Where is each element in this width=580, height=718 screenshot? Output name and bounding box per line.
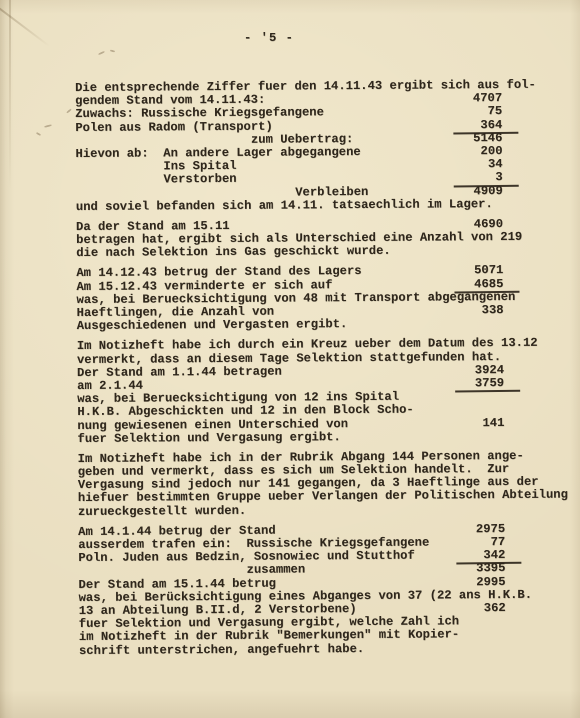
paragraph: Am 14.12.43 betrug der Stand des Lagers5… — [76, 264, 568, 333]
pencil-mark — [36, 132, 41, 136]
line-text: die nach Selektion ins Gas geschickt wur… — [76, 244, 391, 260]
tally-number: 3 — [436, 171, 503, 185]
paper-crease — [9, 0, 11, 190]
scanned-page: - '5 - Die entsprechende Ziffer fuer den… — [0, 0, 580, 718]
line-text: Ausgeschiedenen und Vergasten ergibt. — [77, 317, 348, 333]
paragraph: Im Notizheft habe ich in der Rubrik Abga… — [78, 449, 570, 518]
pencil-mark — [44, 124, 52, 128]
text-line: die nach Selektion ins Gas geschickt wur… — [76, 244, 568, 261]
pencil-mark — [66, 108, 72, 113]
line-text: Der Stand am 1.1.44 betragen — [77, 364, 282, 379]
tally-number: 3395 — [438, 562, 505, 576]
line-text: schrift unterstrichen, angefuehrt habe. — [79, 641, 364, 657]
page-number: - '5 - — [244, 31, 294, 45]
paragraph: Am 14.1.44 betrug der Stand2975ausserdem… — [78, 522, 571, 657]
line-text: zurueckgestellt wurden. — [78, 503, 246, 518]
text-line: fuer Selektion und Vergasung ergibt. — [77, 429, 569, 446]
tally-number: 5071 — [436, 264, 503, 278]
text-line: zurueckgestellt wurden. — [78, 502, 570, 519]
text-line: schrift unterstrichen, angefuehrt habe. — [79, 641, 571, 658]
tally-number: 34 — [436, 158, 503, 172]
tally-number: 3759 — [437, 377, 504, 391]
paper-crease — [0, 7, 50, 47]
line-text: fuer Selektion und Vergasung ergibt. — [77, 430, 340, 446]
document-body: Die entsprechende Ziffer fuer den 14.11.… — [75, 79, 571, 665]
paragraph: Die entsprechende Ziffer fuer den 14.11.… — [75, 79, 568, 214]
pencil-mark — [110, 49, 115, 52]
text-line: Ausgeschiedenen und Vergasten ergibt. — [77, 317, 569, 334]
tally-number: 338 — [437, 304, 504, 318]
text-line: und soviel befanden sich am 14.11. tatsa… — [76, 197, 568, 214]
tally-number: 75 — [435, 105, 502, 119]
paragraph: Da der Stand am 15.114690betragen hat, e… — [76, 217, 568, 260]
line-text: und soviel befanden sich am 14.11. tatsa… — [76, 197, 493, 214]
tally-number: 141 — [437, 417, 504, 431]
pencil-mark — [98, 51, 105, 56]
paragraph: Im Notizheft habe ich durch ein Kreuz ue… — [77, 337, 570, 446]
